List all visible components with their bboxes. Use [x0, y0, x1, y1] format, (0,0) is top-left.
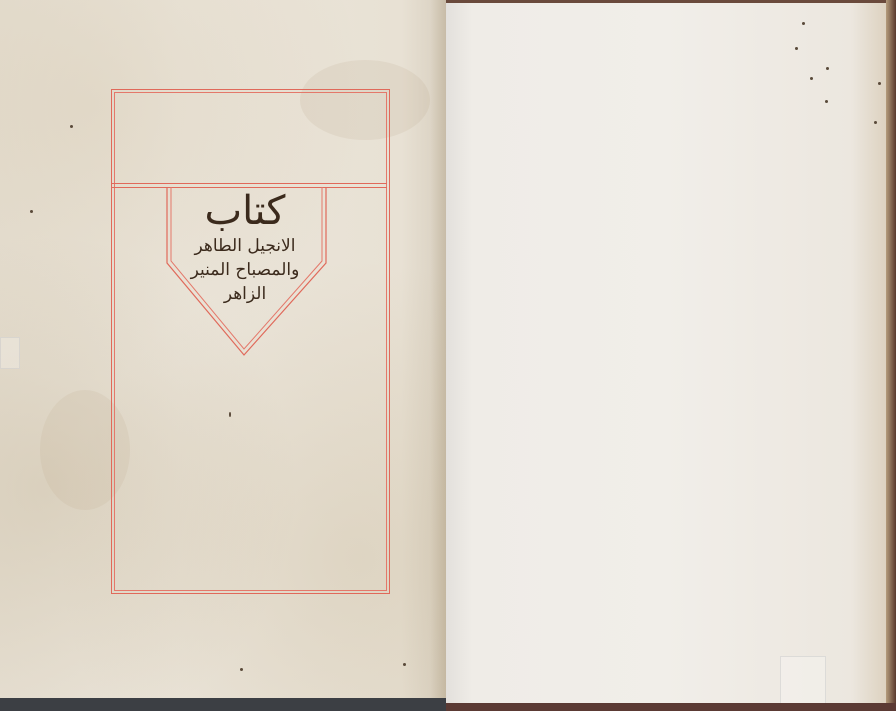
wormhole [826, 67, 829, 70]
ink-speck [30, 210, 33, 213]
paper-repair-patch [0, 337, 20, 369]
left-page: كتاب الانجيل الطاهر والمصباح المنير الزا… [0, 0, 446, 698]
wormhole [810, 77, 813, 80]
wormhole [825, 100, 828, 103]
ink-speck [240, 668, 243, 671]
title-heading: كتاب [165, 188, 325, 234]
wormhole [878, 82, 881, 85]
title-line-2: والمصباح المنير [165, 258, 325, 282]
title-line-1: الانجيل الطاهر [165, 234, 325, 258]
wormhole [795, 47, 798, 50]
ink-speck [229, 412, 231, 417]
background-surface [0, 698, 446, 711]
paper-repair-patch [780, 656, 826, 704]
wormhole [802, 22, 805, 25]
title-block: كتاب الانجيل الطاهر والمصباح المنير الزا… [165, 188, 325, 306]
wormhole [874, 121, 877, 124]
ink-speck [403, 663, 406, 666]
book-cover-edge [446, 0, 896, 3]
book-cover-edge [886, 0, 896, 711]
ink-speck [70, 125, 73, 128]
title-line-3: الزاهر [165, 282, 325, 306]
right-page [446, 0, 886, 703]
book-cover-edge [446, 703, 896, 711]
